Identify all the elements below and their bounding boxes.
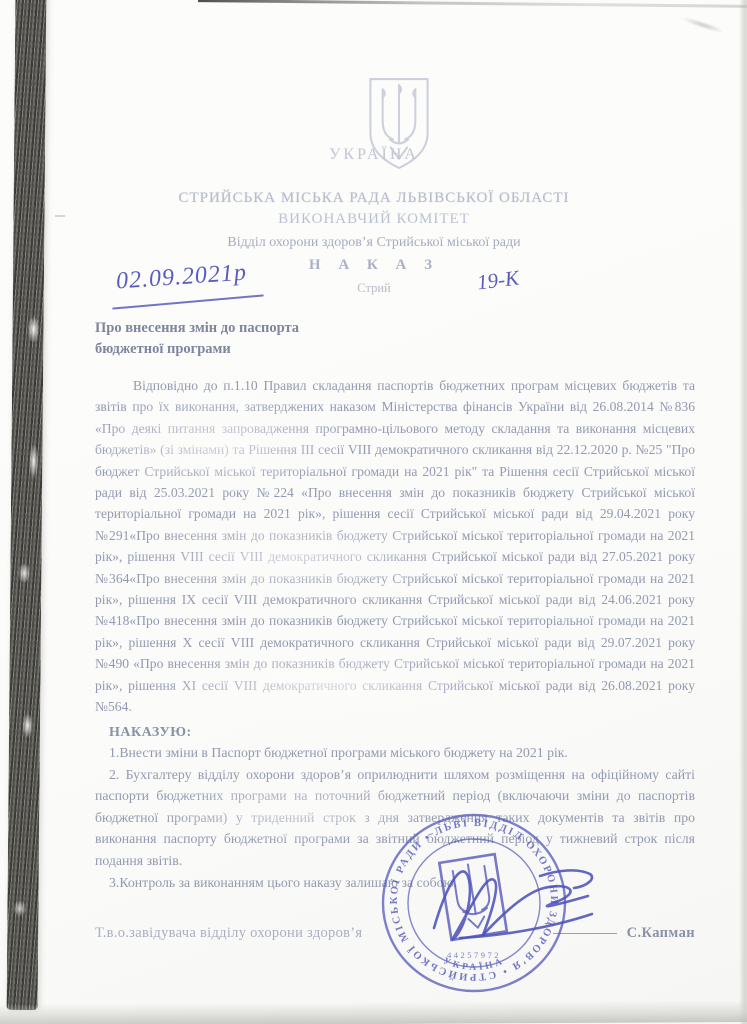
subject-line-1: Про внесення змін до паспорта <box>95 318 695 339</box>
order-heading: НАКАЗУЮ: <box>95 725 695 741</box>
scan-speck <box>55 215 65 217</box>
page-bottom-shadow <box>0 1000 747 1024</box>
preamble-paragraph: Відповідно до п.1.10 Правил складання па… <box>95 375 695 718</box>
handwritten-order-number: 19-К <box>476 266 521 296</box>
page-top-edge-line <box>198 0 747 8</box>
executive-committee-line: ВИКОНАВЧИЙ КОМІТЕТ <box>74 211 674 228</box>
page-right-edge-shadow <box>739 0 747 1024</box>
organization-name: СТРИЙСЬКА МІСЬКА РАДА ЛЬВІВСЬКОЇ ОБЛАСТІ <box>74 190 674 207</box>
signatory-name: С.Капман <box>627 925 695 942</box>
department-line: Відділ охорони здоров’я Стрийської міськ… <box>74 235 674 251</box>
signatory-position: Т.в.о.завідувача відділу охорони здоров’… <box>95 925 362 942</box>
handwritten-signature <box>420 840 615 955</box>
scanner-edge-artifact <box>7 0 47 1010</box>
handwritten-date-underline <box>112 294 264 309</box>
scan-smudge <box>668 8 739 43</box>
scanned-document-page: УКРАЇНА СТРИЙСЬКА МІСЬКА РАДА ЛЬВІВСЬКОЇ… <box>0 0 747 1024</box>
country-title: УКРАЇНА <box>74 146 674 164</box>
order-item-1: 1.Внести зміни в Паспорт бюджетної прогр… <box>95 742 695 763</box>
subject-line-2: бюджетної програми <box>95 339 695 360</box>
